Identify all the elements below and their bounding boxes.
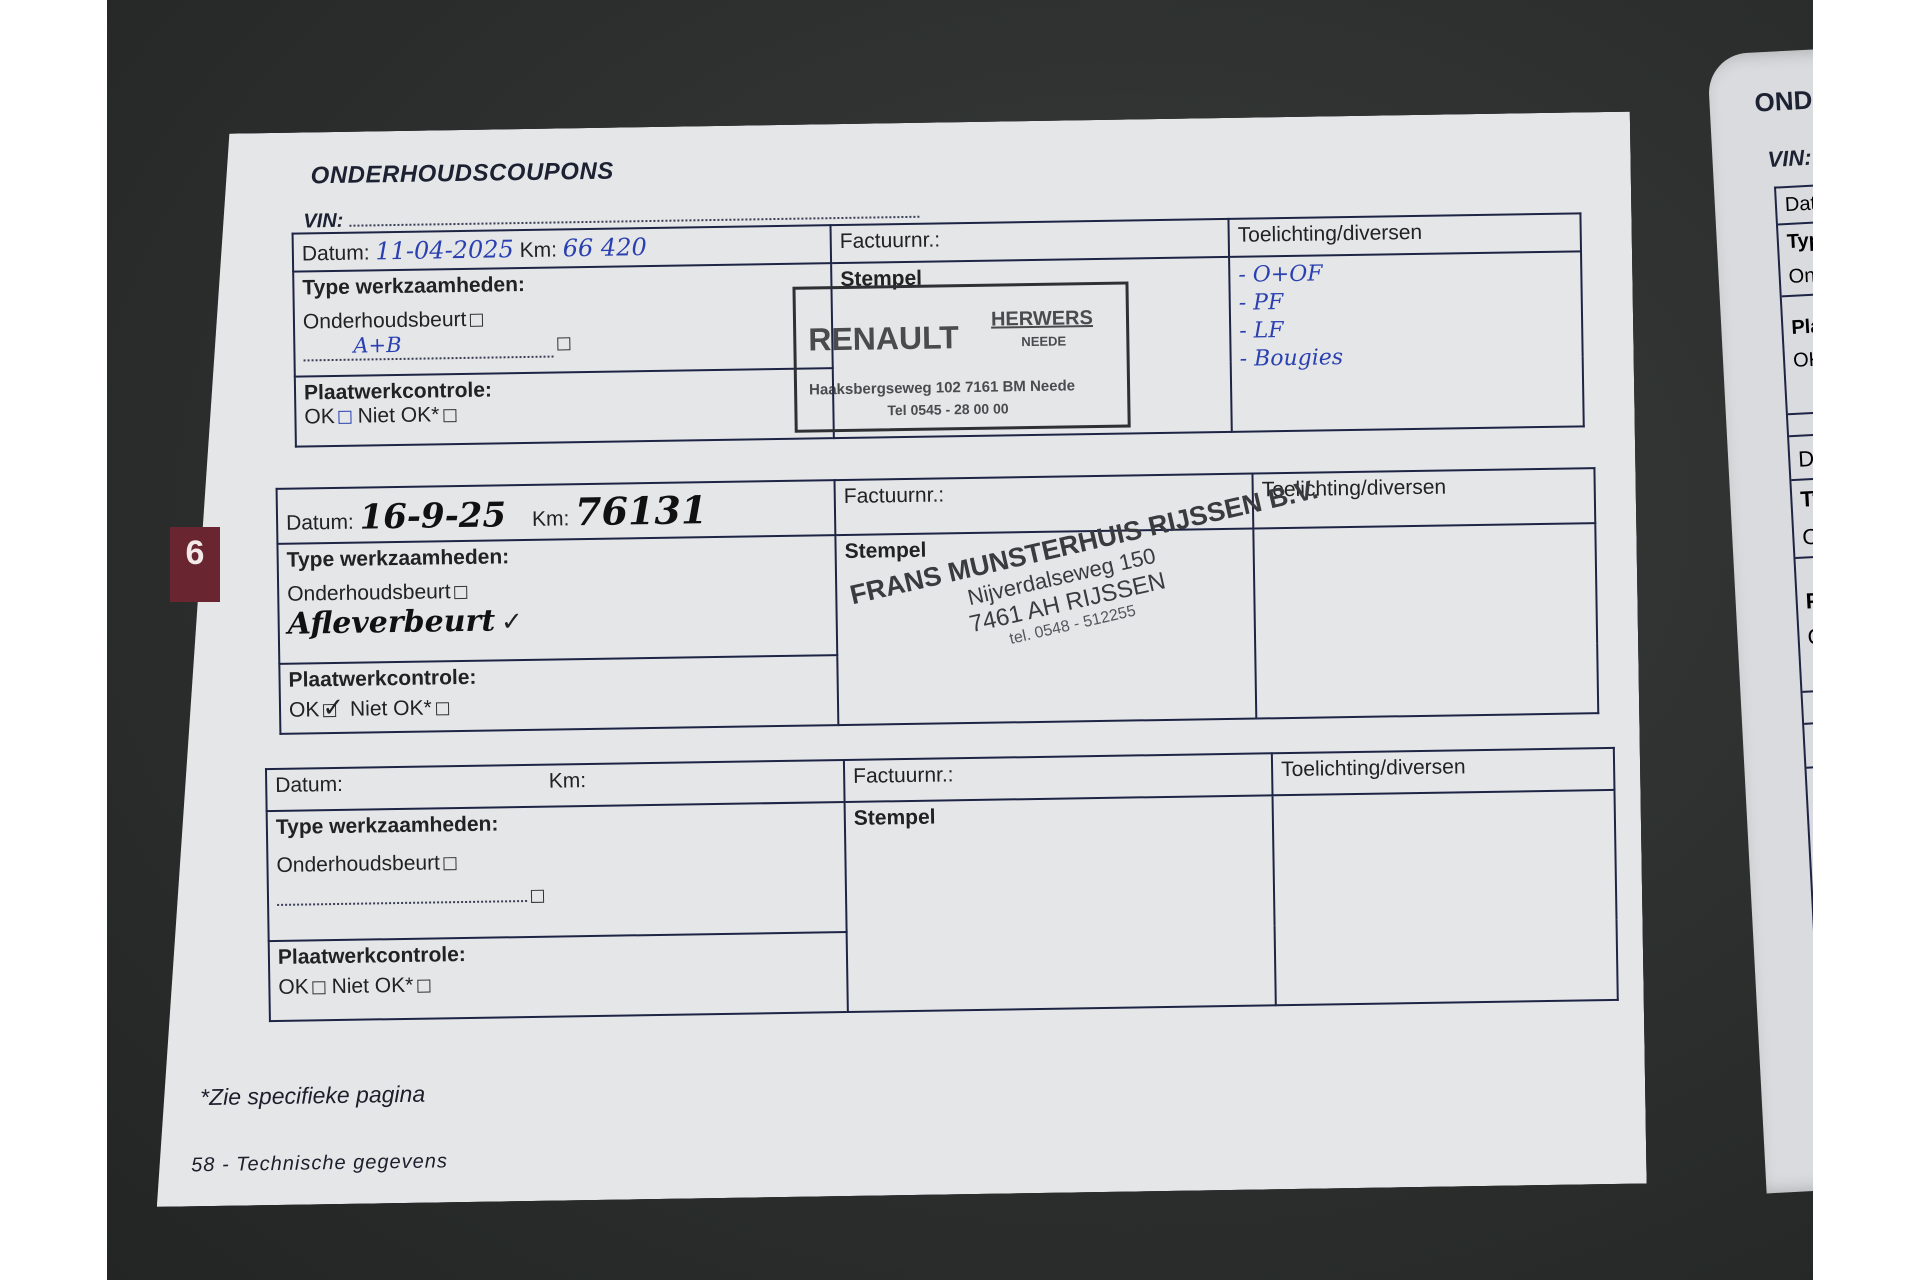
- coupon-3-toelichting-header: Toelichting/diversen: [1272, 748, 1615, 795]
- coupon-2-stamp: Stempel FRANS MUNSTERHUIS RIJSSEN B.V. N…: [835, 529, 1256, 726]
- checkbox-extra[interactable]: [531, 890, 544, 903]
- coupon-3-stamp: Stempel: [845, 795, 1276, 1012]
- coupon-1-stamp: Stempel RENAULT HERWERS NEEDE Haaksbergs…: [831, 257, 1232, 438]
- section-tab: 6: [170, 527, 220, 602]
- coupon-3-factuurnr: Factuurnr.:: [844, 753, 1273, 802]
- coupon-3-toelichting: [1273, 790, 1618, 1005]
- checkbox-onderhoudsbeurt[interactable]: [444, 857, 457, 870]
- renault-stamp: RENAULT HERWERS NEEDE Haaksbergseweg 102…: [792, 281, 1130, 432]
- coupon-2-plaatwerk: Plaatwerkcontrole: OK✓ Niet OK*: [279, 655, 838, 734]
- coupon-2: Datum: 16-9-25 Km: 76131 Factuurnr.: Toe…: [276, 467, 1600, 735]
- checkbox-onderhoudsbeurt[interactable]: [470, 314, 483, 327]
- checkbox-niet-ok[interactable]: [443, 409, 456, 422]
- checkbox-ok[interactable]: [339, 411, 352, 424]
- coupon-1-toelichting: - O+OF - PF - LF - Bougies: [1229, 251, 1584, 432]
- right-page: ONDERHO VIN: Datum: Type werk Onderhou P…: [1707, 41, 1813, 1193]
- checkbox-niet-ok[interactable]: [417, 979, 430, 992]
- coupon-3-type: Type werkzaamheden: Onderhoudsbeurt: [267, 802, 847, 941]
- coupon-1-date: 11-04-2025: [375, 235, 514, 265]
- coupon-3-plaatwerk: Plaatwerkcontrole: OK Niet OK*: [269, 932, 848, 1021]
- coupon-1-km: 66 420: [563, 233, 647, 262]
- coupon-1-toelichting-header: Toelichting/diversen: [1228, 213, 1581, 257]
- checkbox-niet-ok[interactable]: [436, 702, 449, 715]
- checkbox-extra[interactable]: [557, 337, 570, 350]
- right-page-title: ONDERHO: [1754, 81, 1813, 119]
- left-page: ONDERHOUDSCOUPONS VIN: Datum: 11-04-2025…: [140, 112, 1647, 1207]
- coupon-1: Datum: 11-04-2025 Km: 66 420 Factuurnr.:…: [292, 212, 1585, 447]
- coupon-1-factuurnr: Factuurnr.:: [831, 219, 1230, 263]
- page-footer: 58 - Technische gegevens: [191, 1150, 448, 1177]
- coupon-3: Datum: Km: Factuurnr.: Toelichting/diver…: [265, 747, 1619, 1022]
- checkbox-onderhoudsbeurt[interactable]: [455, 586, 468, 599]
- coupon-2-date: 16-9-25: [359, 495, 506, 537]
- coupon-1-type: Type werkzaamheden: Onderhoudsbeurt A+B: [293, 263, 833, 376]
- coupon-2-type: Type werkzaamheden: Onderhoudsbeurt Afle…: [277, 535, 837, 664]
- coupon-2-km: 76131: [575, 487, 708, 534]
- checkbox-ok[interactable]: [313, 981, 326, 994]
- right-page-vin: VIN:: [1767, 145, 1812, 173]
- right-page-table: Datum: Type werk Onderhou Plaatwe OK □ N…: [1774, 176, 1813, 1167]
- coupon-1-plaatwerk: Plaatwerkcontrole: OK Niet OK*: [295, 368, 834, 446]
- page-title: ONDERHOUDSCOUPONS: [310, 158, 614, 191]
- footnote: *Zie specifieke pagina: [200, 1081, 425, 1112]
- coupon-2-toelichting: [1253, 523, 1598, 718]
- coupon-2-date-km: Datum: 16-9-25 Km: 76131: [277, 480, 836, 544]
